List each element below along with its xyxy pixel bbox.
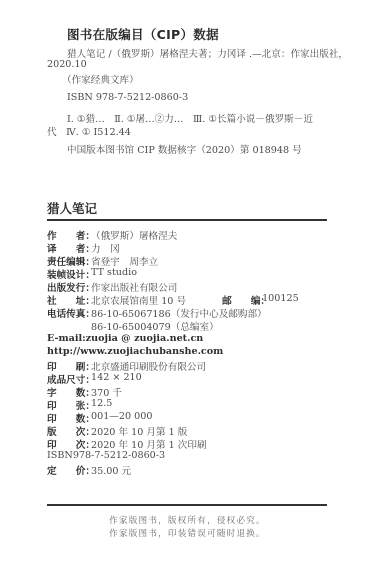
imprint-row-author: 作 者： （俄罗斯）屠格涅夫 xyxy=(47,228,177,242)
imprint-value: 35.00 元 xyxy=(91,463,131,477)
imprint-value: 142 × 210 xyxy=(91,372,142,386)
imprint-row-printing: 印 次： 2020 年 10 月第 1 次印刷 xyxy=(47,437,207,451)
email-link[interactable]: E-mail:zuojia @ zuojia.net.cn xyxy=(47,333,203,344)
imprint-key-postcode: 邮 编： xyxy=(222,293,262,307)
imprint-key: 印 次： xyxy=(47,437,91,451)
imprint-row-edition: 版 次： 2020 年 10 月第 1 版 xyxy=(47,424,187,438)
imprint-row-publisher: 出版发行： 作家出版社有限公司 xyxy=(47,280,177,294)
imprint-key: 印 数： xyxy=(47,411,91,425)
imprint-row-translator: 译 者： 力 冈 xyxy=(47,241,120,255)
imprint-value: 作家出版社有限公司 xyxy=(91,280,177,294)
imprint-row-print-run: 印 数： 001—20 000 xyxy=(47,411,152,425)
imprint-value: （俄罗斯）屠格涅夫 xyxy=(91,228,177,242)
imprint-key: 作 者： xyxy=(47,228,91,242)
imprint-value: 省登宇 周李立 xyxy=(91,254,158,268)
cip-classification-1: Ⅰ. ①猎… Ⅱ. ①屠…②力… Ⅲ. ①长篇小说－俄罗斯－近 xyxy=(67,111,313,125)
cip-line-2: 2020.10 xyxy=(47,59,87,70)
imprint-key xyxy=(47,319,91,333)
imprint-key: 责任编辑： xyxy=(47,254,91,268)
imprint-row-phone: 电话传真： 86-10-65067186（发行中心及邮购部） xyxy=(47,306,267,320)
website-link[interactable]: http://www.zuojiachubanshe.com xyxy=(47,346,223,357)
cip-title: 图书在版编目（CIP）数据 xyxy=(67,25,219,43)
imprint-row-editor: 责任编辑： 省登宇 周李立 xyxy=(47,254,158,268)
imprint-row-phone-2: 86-10-65004079（总编室） xyxy=(47,319,219,333)
imprint-value: 北京农展馆南里 10 号 xyxy=(91,293,186,307)
imprint-row-price: 定 价： 35.00 元 xyxy=(47,463,131,477)
imprint-value: 978-7-5212-0860-3 xyxy=(73,450,165,461)
imprint-key: 定 价： xyxy=(47,463,91,477)
imprint-value: 力 冈 xyxy=(91,241,120,255)
imprint-key: 出版发行： xyxy=(47,280,91,294)
bottom-divider xyxy=(47,504,327,506)
imprint-row-design: 装帧设计： TT studio xyxy=(47,267,137,281)
imprint-value: 2020 年 10 月第 1 版 xyxy=(91,424,187,438)
imprint-value: 370 千 xyxy=(91,385,122,399)
cip-classification-2: 代 Ⅳ. ① I512.44 xyxy=(47,124,131,138)
imprint-key: 译 者： xyxy=(47,241,91,255)
replacement-notice: 作家版图书，印装错误可随时退换。 xyxy=(0,527,375,539)
imprint-key: 版 次： xyxy=(47,424,91,438)
imprint-key: 成品尺寸： xyxy=(47,372,91,386)
imprint-value: 2020 年 10 月第 1 次印刷 xyxy=(91,437,207,451)
cip-series: （作家经典文库） xyxy=(62,72,139,86)
imprint-row-size: 成品尺寸： 142 × 210 xyxy=(47,372,142,386)
cip-verification: 中国版本图书馆 CIP 数据核字（2020）第 018948 号 xyxy=(67,142,302,156)
imprint-row-isbn: ISBN 978-7-5212-0860-3 xyxy=(47,450,165,461)
imprint-row-printer: 印 刷： 北京盛通印刷股份有限公司 xyxy=(47,359,206,373)
imprint-key: 电话传真： xyxy=(47,306,91,320)
imprint-row-wordcount: 字 数： 370 千 xyxy=(47,385,122,399)
imprint-key: 印 刷： xyxy=(47,359,91,373)
imprint-key: 字 数： xyxy=(47,385,91,399)
book-title: 猎人笔记 xyxy=(47,199,97,217)
imprint-row-sheets: 印 张： 12.5 xyxy=(47,398,112,412)
imprint-value-postcode: 100125 xyxy=(262,293,299,307)
cip-isbn: ISBN 978-7-5212-0860-3 xyxy=(67,92,188,103)
imprint-key: 印 张： xyxy=(47,398,91,412)
imprint-key: 社 址： xyxy=(47,293,91,307)
imprint-value: 86-10-65067186（发行中心及邮购部） xyxy=(91,306,267,320)
imprint-row-address: 社 址： 北京农展馆南里 10 号 邮 编： 100125 xyxy=(47,293,299,307)
imprint-value: 86-10-65004079（总编室） xyxy=(91,319,219,333)
imprint-value: 北京盛通印刷股份有限公司 xyxy=(91,359,206,373)
cip-line-1: 猎人笔记 /（俄罗斯）屠格涅夫著；力冈译 .—北京：作家出版社， xyxy=(67,46,348,60)
imprint-value: TT studio xyxy=(91,267,137,281)
imprint-value: 001—20 000 xyxy=(91,411,152,425)
imprint-value: 12.5 xyxy=(91,398,112,412)
imprint-key: 装帧设计： xyxy=(47,267,91,281)
imprint-key: ISBN xyxy=(47,450,73,461)
copyright-notice: 作家版图书，版权所有，侵权必究。 xyxy=(0,514,375,526)
top-divider xyxy=(47,219,327,221)
